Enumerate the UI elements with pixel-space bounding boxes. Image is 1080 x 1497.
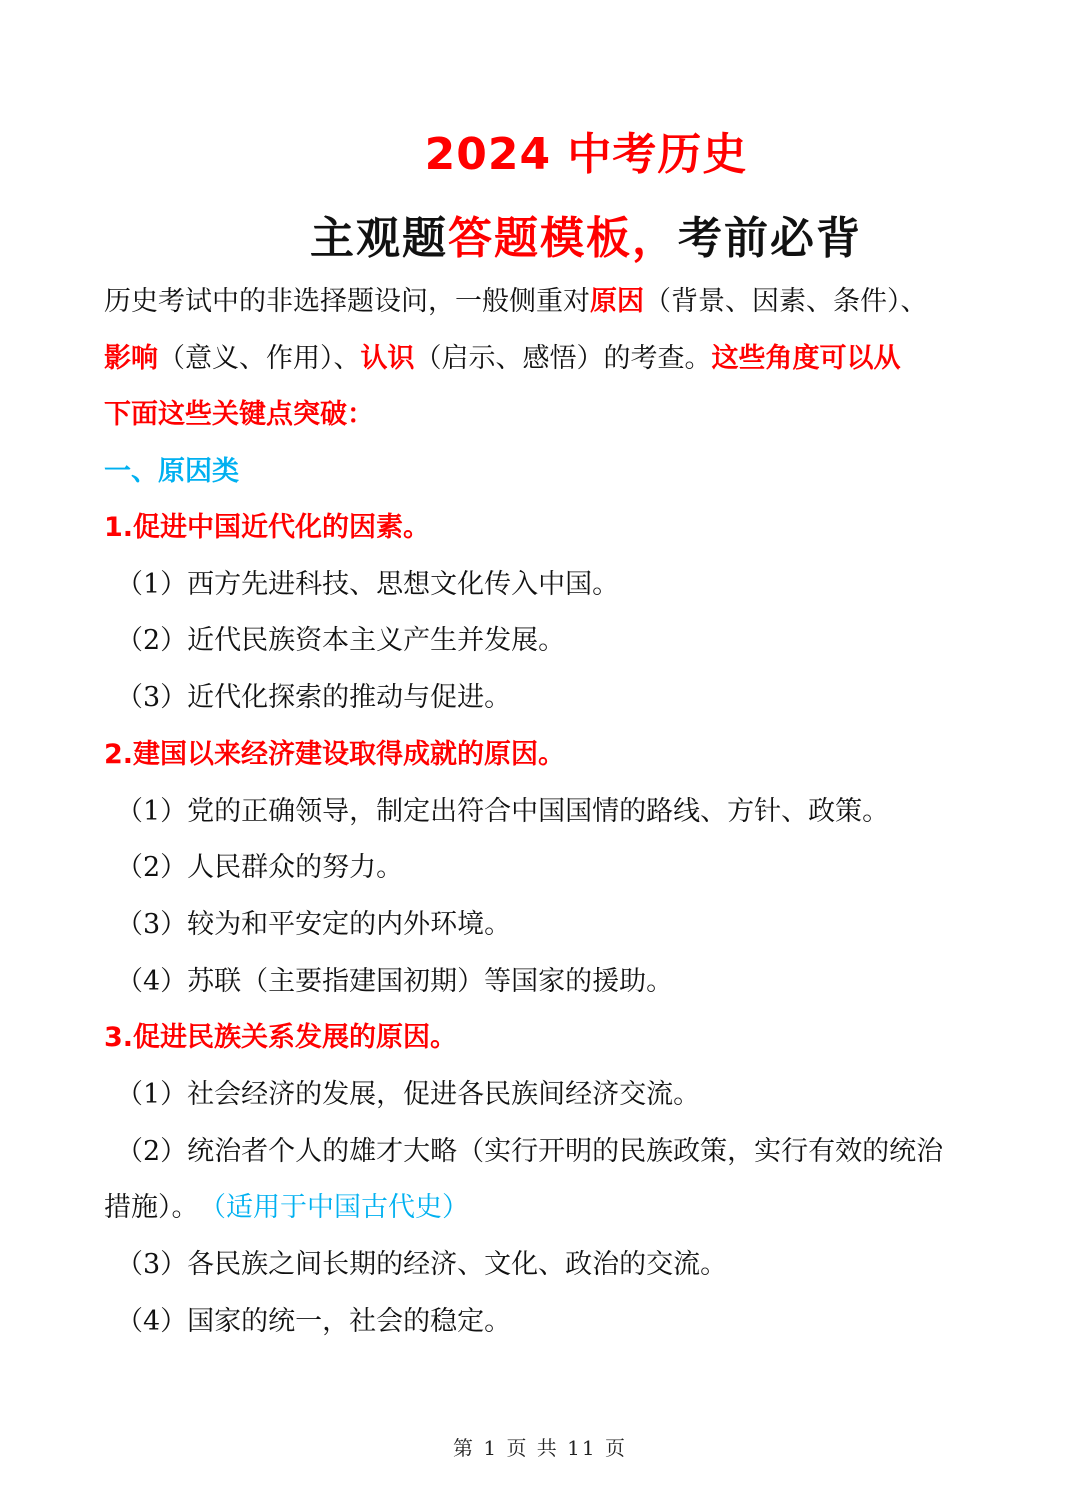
keyword-understanding: 认识 bbox=[361, 343, 415, 374]
list-item: （1）社会经济的发展，促进各民族间经济交流。 bbox=[116, 1077, 700, 1113]
list-item: （3）近代化探索的推动与促进。 bbox=[116, 680, 511, 716]
document-title: 2024 中考历史 bbox=[0, 118, 1080, 182]
list-item: （2）统治者个人的雄才大略（实行开明的民族政策，实行有效的统治 bbox=[116, 1134, 943, 1170]
intro-text: 历史考试中的非选择题设问，一般侧重对 bbox=[104, 286, 590, 317]
list-item-continuation: 措施）。（适用于中国古代史） bbox=[104, 1190, 469, 1226]
list-item: （1）党的正确领导，制定出符合中国国情的路线、方针、政策。 bbox=[116, 794, 889, 830]
list-item: （2）近代民族资本主义产生并发展。 bbox=[116, 623, 565, 659]
document-subtitle: 主观题答题模板，考前必背 bbox=[0, 202, 1080, 266]
subtitle-prefix: 主观题 bbox=[310, 213, 448, 264]
item-text: 措施）。 bbox=[104, 1192, 199, 1223]
intro-line-2: 影响（意义、作用）、认识（启示、感悟）的考查。这些角度可以从 bbox=[104, 341, 901, 377]
section-heading: 一、原因类 bbox=[104, 454, 239, 490]
list-item: （3）各民族之间长期的经济、文化、政治的交流。 bbox=[116, 1247, 727, 1283]
list-item: （1）西方先进科技、思想文化传入中国。 bbox=[116, 567, 619, 603]
subtitle-suffix: 考前必背 bbox=[678, 213, 862, 264]
keyword-impact: 影响 bbox=[104, 343, 158, 374]
keyword-cause: 原因 bbox=[590, 286, 644, 317]
scope-note: （适用于中国古代史） bbox=[213, 1192, 470, 1223]
list-item: （2）人民群众的努力。 bbox=[116, 850, 403, 886]
subtitle-highlight: 答题模板， bbox=[448, 213, 678, 264]
intro-text: （启示、感悟）的考查。 bbox=[415, 343, 712, 374]
list-item: （4）苏联（主要指建国初期）等国家的援助。 bbox=[116, 964, 673, 1000]
intro-highlight: 这些角度可以从 bbox=[712, 343, 901, 374]
group-title-3: 3.促进民族关系发展的原因。 bbox=[104, 1020, 457, 1056]
group-title-2: 2.建国以来经济建设取得成就的原因。 bbox=[104, 737, 565, 773]
page-number: 第 1 页 共 11 页 bbox=[0, 1432, 1080, 1461]
group-title-1: 1.促进中国近代化的因素。 bbox=[104, 510, 430, 546]
intro-line-3: 下面这些关键点突破： bbox=[104, 397, 374, 433]
list-item: （4）国家的统一，社会的稳定。 bbox=[116, 1304, 511, 1340]
intro-line-1: 历史考试中的非选择题设问，一般侧重对原因（背景、因素、条件）、 bbox=[104, 284, 928, 320]
intro-text: （意义、作用）、 bbox=[158, 343, 361, 374]
intro-text: （背景、因素、条件）、 bbox=[644, 286, 928, 317]
list-item: （3）较为和平安定的内外环境。 bbox=[116, 907, 511, 943]
